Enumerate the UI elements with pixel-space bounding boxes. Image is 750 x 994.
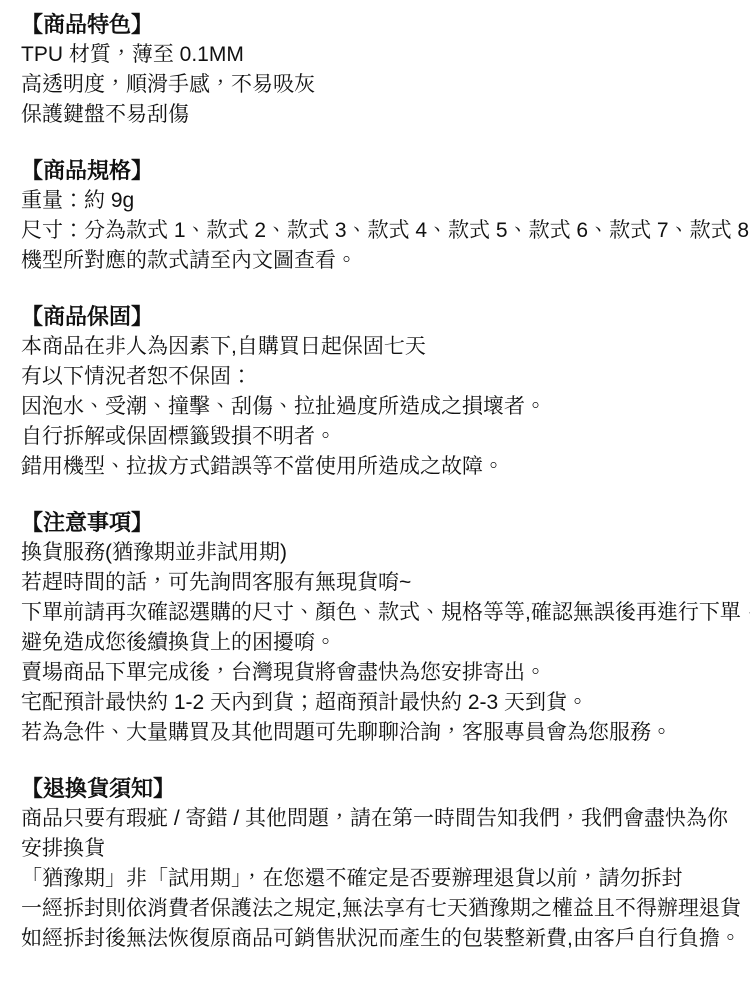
section-warranty: 【商品保固】本商品在非人為因素下,自購買日起保固七天有以下情況者恕不保固：因泡水… — [21, 302, 732, 482]
text-line: 有以下情況者恕不保固： — [21, 362, 732, 392]
text-line: 下單前請再次確認選購的尺寸、顏色、款式、規格等等,確認無誤後再進行下單， — [21, 598, 732, 628]
section-heading-notices: 【注意事項】 — [21, 508, 732, 538]
product-description-page: 【商品特色】TPU 材質，薄至 0.1MM高透明度，順滑手感，不易吸灰保護鍵盤不… — [0, 0, 750, 954]
text-line: 機型所對應的款式請至內文圖查看。 — [21, 246, 732, 276]
text-line: 避免造成您後續換貨上的困擾唷。 — [21, 628, 732, 658]
text-line: 賣場商品下單完成後，台灣現貨將會盡快為您安排寄出。 — [21, 658, 732, 688]
text-line: 重量：約 9g — [21, 186, 732, 216]
text-line: 安排換貨 — [21, 834, 732, 864]
section-features: 【商品特色】TPU 材質，薄至 0.1MM高透明度，順滑手感，不易吸灰保護鍵盤不… — [21, 10, 732, 130]
text-line: 自行拆解或保固標籤毀損不明者。 — [21, 422, 732, 452]
text-line: 若趕時間的話，可先詢問客服有無現貨唷~ — [21, 568, 732, 598]
text-line: 尺寸：分為款式 1、款式 2、款式 3、款式 4、款式 5、款式 6、款式 7、… — [21, 216, 732, 246]
section-specs: 【商品規格】重量：約 9g尺寸：分為款式 1、款式 2、款式 3、款式 4、款式… — [21, 156, 732, 276]
text-line: TPU 材質，薄至 0.1MM — [21, 40, 732, 70]
text-line: 保護鍵盤不易刮傷 — [21, 100, 732, 130]
text-line: 如經拆封後無法恢復原商品可銷售狀況而產生的包裝整新費,由客戶自行負擔。 — [21, 924, 732, 954]
text-line: 錯用機型、拉拔方式錯誤等不當使用所造成之故障。 — [21, 452, 732, 482]
text-line: 因泡水、受潮、撞擊、刮傷、拉扯過度所造成之損壞者。 — [21, 392, 732, 422]
text-line: 一經拆封則依消費者保護法之規定,無法享有七天猶豫期之權益且不得辦理退貨 — [21, 894, 732, 924]
text-line: 高透明度，順滑手感，不易吸灰 — [21, 70, 732, 100]
section-heading-returns: 【退換貨須知】 — [21, 774, 732, 804]
text-line: 換貨服務(猶豫期並非試用期) — [21, 538, 732, 568]
section-heading-features: 【商品特色】 — [21, 10, 732, 40]
text-line: 本商品在非人為因素下,自購買日起保固七天 — [21, 332, 732, 362]
section-returns: 【退換貨須知】商品只要有瑕疵 / 寄錯 / 其他問題，請在第一時間告知我們，我們… — [21, 774, 732, 954]
text-line: 「猶豫期」非「試用期」，在您還不確定是否要辦理退貨以前，請勿拆封 — [21, 864, 732, 894]
section-heading-specs: 【商品規格】 — [21, 156, 732, 186]
section-heading-warranty: 【商品保固】 — [21, 302, 732, 332]
text-line: 宅配預計最快約 1-2 天內到貨；超商預計最快約 2-3 天到貨。 — [21, 688, 732, 718]
section-notices: 【注意事項】換貨服務(猶豫期並非試用期)若趕時間的話，可先詢問客服有無現貨唷~下… — [21, 508, 732, 748]
text-line: 若為急件、大量購買及其他問題可先聊聊洽詢，客服專員會為您服務。 — [21, 718, 732, 748]
text-line: 商品只要有瑕疵 / 寄錯 / 其他問題，請在第一時間告知我們，我們會盡快為你 — [21, 804, 732, 834]
